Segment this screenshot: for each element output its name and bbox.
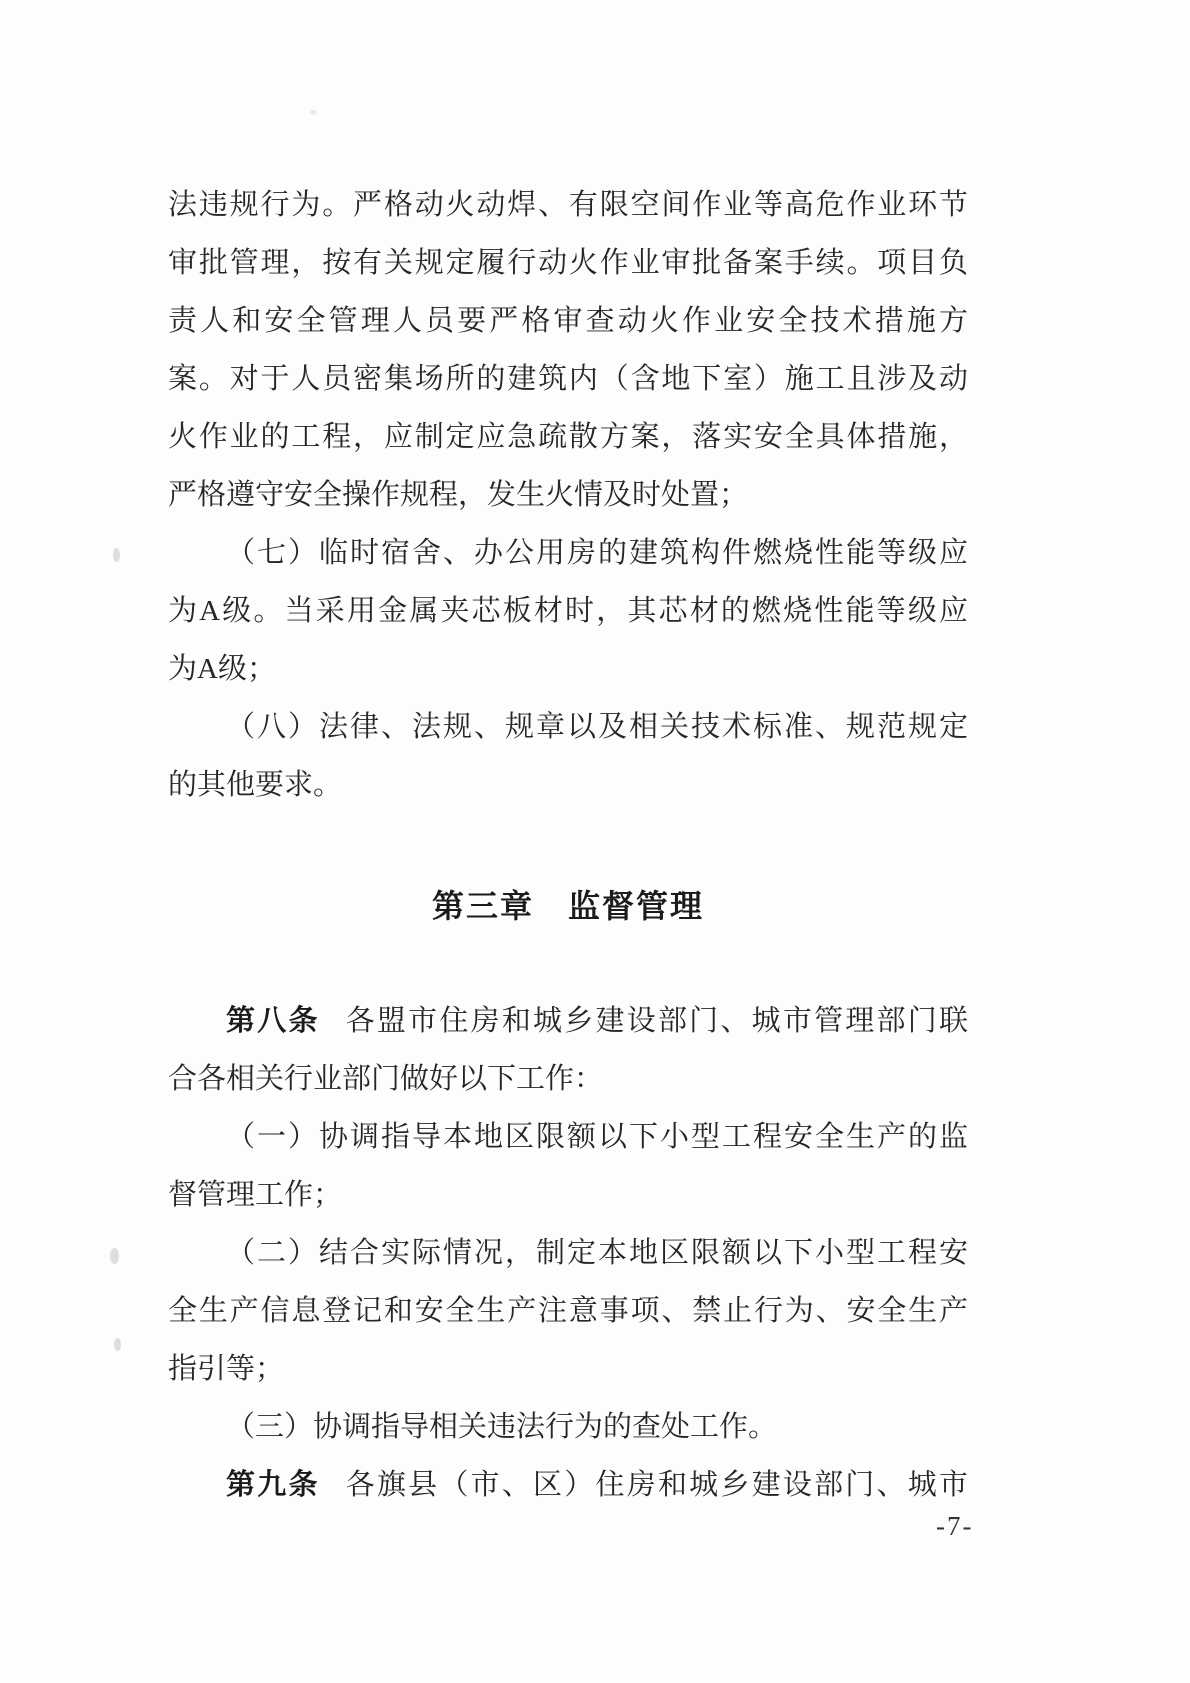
text-line: 为A级； <box>168 640 968 698</box>
article-line: 第九条各旗县（市、区）住房和城乡建设部门、城市 <box>168 1456 968 1514</box>
text-line: 督管理工作； <box>168 1166 968 1224</box>
text-line: （三）协调指导相关违法行为的查处工作。 <box>168 1398 968 1456</box>
text-line: 为A级。当采用金属夹芯板材时，其芯材的燃烧性能等级应 <box>168 582 968 640</box>
chapter-heading: 第三章 监督管理 <box>168 877 968 935</box>
text-line: （二）结合实际情况，制定本地区限额以下小型工程安 <box>168 1224 968 1282</box>
article-number-label: 第九条 <box>226 1469 320 1501</box>
text-line: 全生产信息登记和安全生产注意事项、禁止行为、安全生产 <box>168 1282 968 1340</box>
scan-smudge <box>110 1248 119 1264</box>
text-line: （八）法律、法规、规章以及相关技术标准、规范规定 <box>168 698 968 756</box>
document-body: 法违规行为。严格动火动焊、有限空间作业等高危作业环节 审批管理，按有关规定履行动… <box>168 176 968 1514</box>
text-line: 严格遵守安全操作规程，发生火情及时处置； <box>168 466 968 524</box>
page-number: -7- <box>936 1508 973 1544</box>
text-line: （一）协调指导本地区限额以下小型工程安全生产的监 <box>168 1108 968 1166</box>
text-line: 指引等； <box>168 1340 968 1398</box>
text-line: 审批管理，按有关规定履行动火作业审批备案手续。项目负 <box>168 234 968 292</box>
text-line: 责人和安全管理人员要严格审查动火作业安全技术措施方 <box>168 292 968 350</box>
article-text: 各盟市住房和城乡建设部门、城市管理部门联 <box>346 1005 968 1037</box>
article-line: 第八条各盟市住房和城乡建设部门、城市管理部门联 <box>168 992 968 1050</box>
text-line: 案。对于人员密集场所的建筑内（含地下室）施工且涉及动 <box>168 350 968 408</box>
text-line: 火作业的工程，应制定应急疏散方案，落实安全具体措施， <box>168 408 968 466</box>
article-number-label: 第八条 <box>226 1005 320 1037</box>
scanned-document-page: 法违规行为。严格动火动焊、有限空间作业等高危作业环节 审批管理，按有关规定履行动… <box>0 0 1190 1683</box>
text-line: 的其他要求。 <box>168 756 968 814</box>
scan-dot <box>310 110 316 115</box>
scan-smudge <box>113 548 120 562</box>
text-line: （七）临时宿舍、办公用房的建筑构件燃烧性能等级应 <box>168 524 968 582</box>
scan-smudge <box>114 1338 121 1351</box>
text-line: 法违规行为。严格动火动焊、有限空间作业等高危作业环节 <box>168 176 968 234</box>
text-line: 合各相关行业部门做好以下工作： <box>168 1050 968 1108</box>
article-text: 各旗县（市、区）住房和城乡建设部门、城市 <box>346 1469 968 1501</box>
